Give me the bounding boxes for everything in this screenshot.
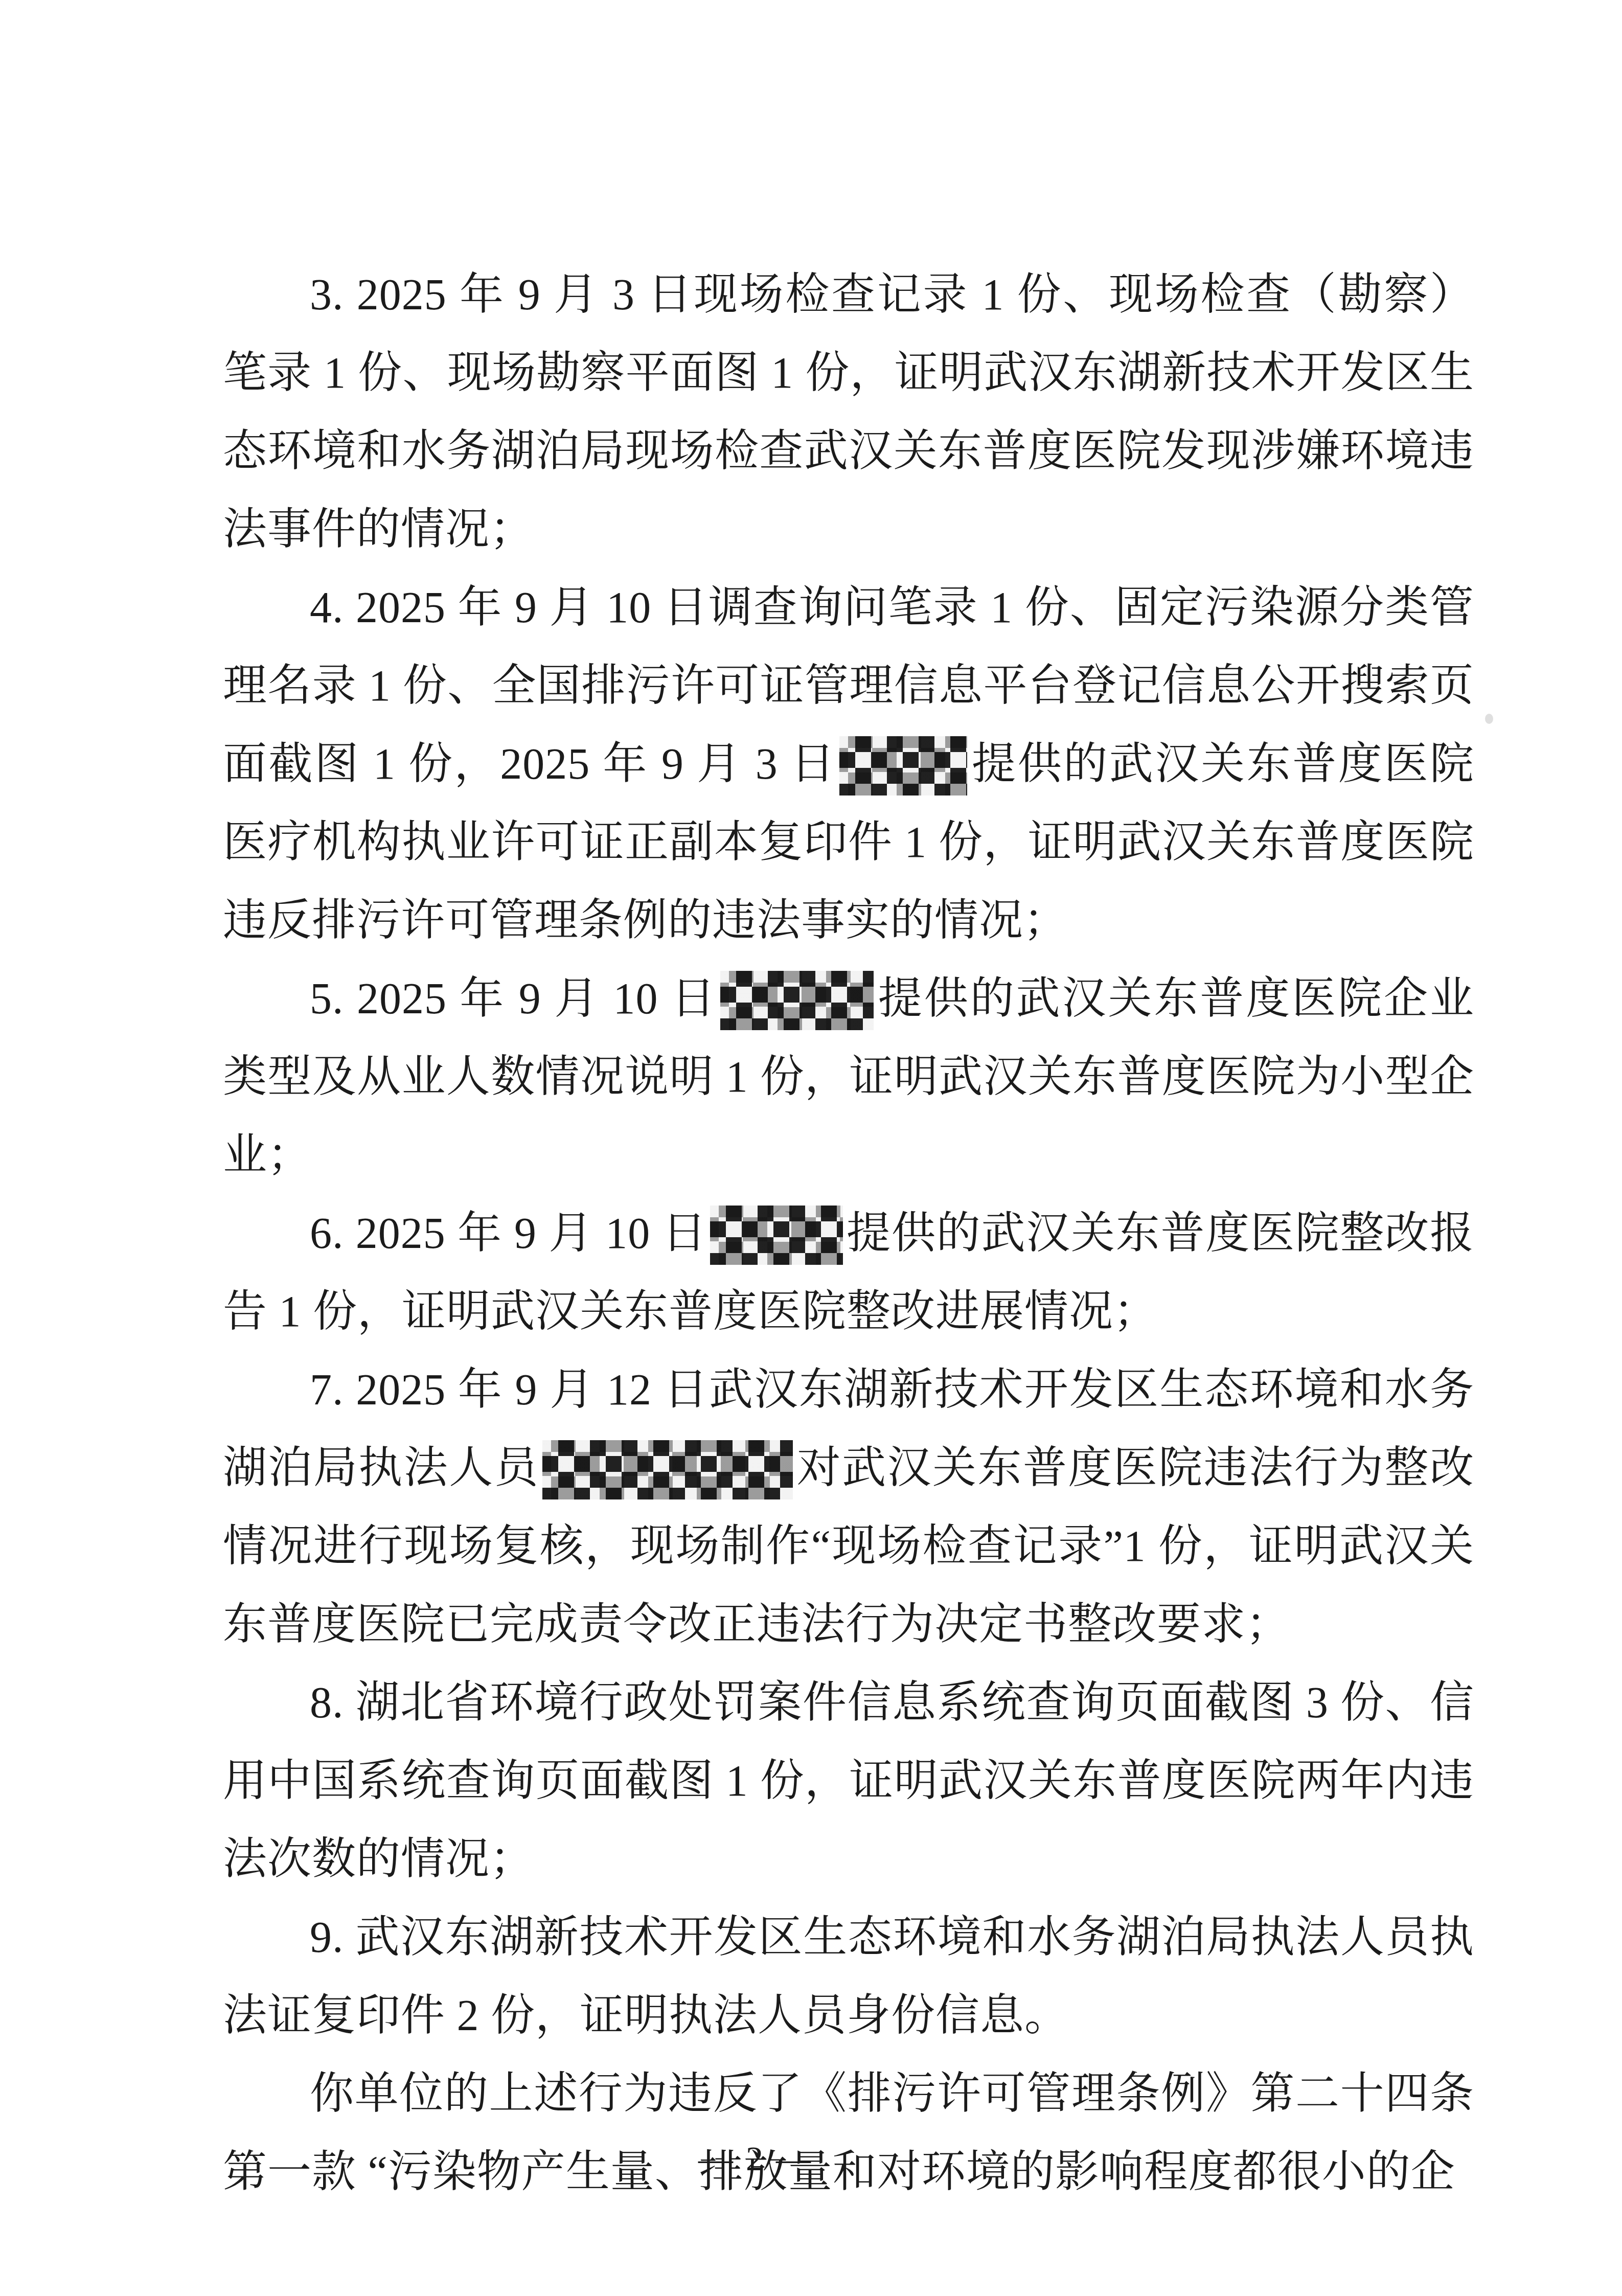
text-run: 6. 2025 年 9 月 10 日 — [310, 1209, 707, 1258]
paragraph-item-6: 6. 2025 年 9 月 10 日提供的武汉关东普度医院整改报告 1 份，证明… — [223, 1194, 1474, 1351]
paragraph-item-5: 5. 2025 年 9 月 10 日提供的武汉关东普度医院企业类型及从业人数情况… — [223, 960, 1474, 1194]
redacted-name-block — [839, 736, 967, 795]
paragraph-item-8: 8. 湖北省环境行政处罚案件信息系统查询页面截图 3 份、信用中国系统查询页面截… — [223, 1664, 1474, 1898]
scan-speck — [1485, 714, 1493, 724]
page-number: — 2 — — [643, 2133, 868, 2184]
document-body-text: 3. 2025 年 9 月 3 日现场检查记录 1 份、现场检查（勘察）笔录 1… — [223, 256, 1474, 2211]
text-run: 3. 2025 年 9 月 3 日现场检查记录 1 份、现场检查（勘察）笔录 1… — [223, 270, 1474, 554]
scanned-document-page: 3. 2025 年 9 月 3 日现场检查记录 1 份、现场检查（勘察）笔录 1… — [0, 0, 1622, 2296]
paragraph-item-4: 4. 2025 年 9 月 10 日调查询问笔录 1 份、固定污染源分类管理名录… — [223, 569, 1474, 960]
redacted-name-block — [542, 1440, 793, 1499]
paragraph-item-9: 9. 武汉东湖新技术开发区生态环境和水务湖泊局执法人员执法证复印件 2 份，证明… — [223, 1898, 1474, 2055]
text-run: 9. 武汉东湖新技术开发区生态环境和水务湖泊局执法人员执法证复印件 2 份，证明… — [223, 1913, 1474, 2040]
text-run: 5. 2025 年 9 月 10 日 — [310, 974, 717, 1023]
paragraph-item-3: 3. 2025 年 9 月 3 日现场检查记录 1 份、现场检查（勘察）笔录 1… — [223, 256, 1474, 569]
redacted-name-block — [710, 1206, 843, 1265]
redacted-name-block — [720, 971, 874, 1030]
paragraph-item-7: 7. 2025 年 9 月 12 日武汉东湖新技术开发区生态环境和水务湖泊局执法… — [223, 1351, 1474, 1664]
text-run: 8. 湖北省环境行政处罚案件信息系统查询页面截图 3 份、信用中国系统查询页面截… — [223, 1678, 1474, 1883]
